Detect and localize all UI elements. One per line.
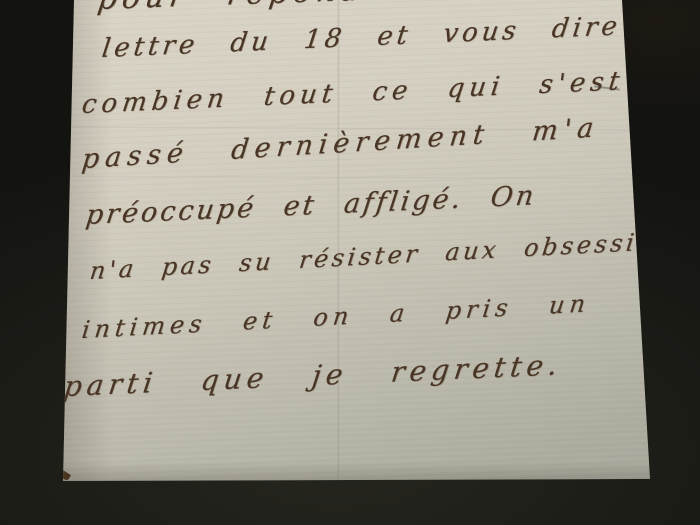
letter-paper: pour répondre à lettre du 18 et vous dir… <box>0 0 700 525</box>
handwriting-line-1: pour répondre à <box>96 0 472 17</box>
handwriting-line-3: combien tout ce qui s'est <box>80 66 626 120</box>
handwriting-line-6: n'a pas su résister aux obsessions <box>88 225 691 285</box>
vertical-fold-crease <box>337 0 340 481</box>
handwriting-line-2: lettre du 18 et vous dire <box>100 11 623 64</box>
photo-of-letter: pour répondre à lettre du 18 et vous dir… <box>0 0 700 525</box>
handwriting-line-8: parti que je regrette. <box>62 348 564 403</box>
paper-bottom-edge-shading <box>60 462 660 482</box>
handwriting-line-4: passé dernièrement m'a <box>80 112 601 175</box>
handwriting-line-5: préoccupé et affligé. On <box>84 180 538 231</box>
handwriting-line-7: intimes et on a pris un <box>80 289 591 344</box>
horizontal-fold-crease-lower <box>66 176 632 180</box>
